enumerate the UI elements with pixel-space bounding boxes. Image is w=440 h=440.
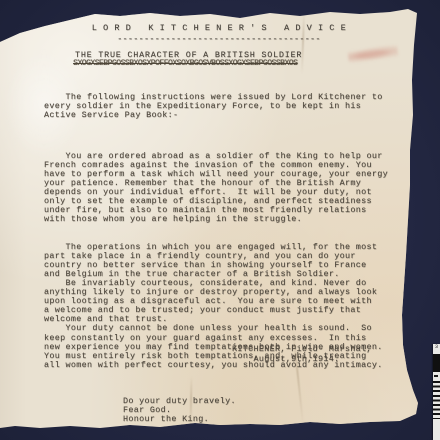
calibration-strip-black-patch (433, 354, 440, 372)
calibration-strip-white-tail (433, 419, 440, 440)
paragraph-orders: You are ordered abroad as a soldier of t… (44, 152, 402, 225)
document-paper: L O R D K I T C H E N E R ' S A D V I C … (0, 0, 440, 440)
paragraph-intro: The following instructions were issued b… (44, 93, 402, 120)
calibration-strip-label: 3 (433, 344, 440, 354)
red-pencil-mark (347, 44, 398, 63)
calibration-strip-mark-patch (433, 372, 440, 381)
signature-block: KITCHENER, Field- Marshal, August,9th,19… (232, 345, 372, 364)
calibration-strip: 3 (433, 344, 440, 440)
document-title: L O R D K I T C H E N E R ' S A D V I C … (44, 23, 394, 33)
document-body: The following instructions were issued b… (44, 75, 402, 440)
title-underline: -------------------------------------- (44, 34, 394, 44)
calibration-strip-resolution-lines (433, 381, 440, 419)
closing-lines: Do your duty bravely. Fear God. Honour t… (123, 397, 402, 424)
subtitle-strikeout-row: SXOGXSEBPGOSSBXOSXPOFFOXSOXBGOSVBOSSXOGX… (73, 59, 307, 68)
photograph: L O R D K I T C H E N E R ' S A D V I C … (0, 0, 440, 440)
